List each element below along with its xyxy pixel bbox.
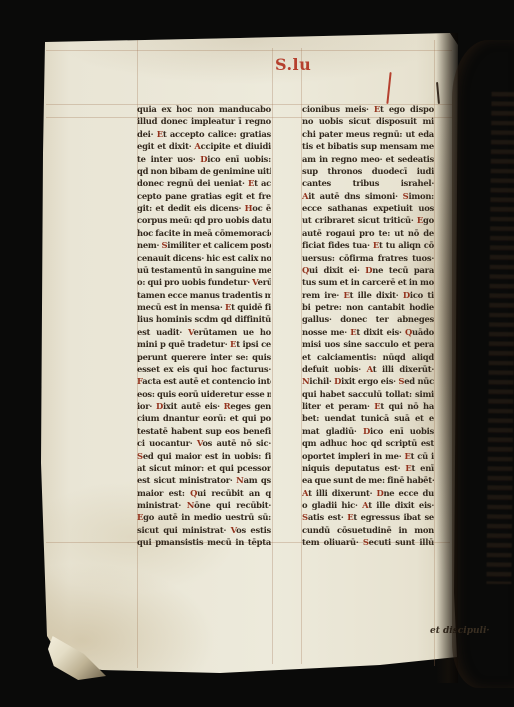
text-line: est sicut ministrator· Nam qs (137, 474, 271, 486)
text-line: et calciamentis: nūqd aliqd (302, 351, 434, 363)
text-line: sup thronos duodecī iudi (302, 165, 434, 177)
text-line: lius hominis scdm qd diffinitū (137, 313, 271, 325)
text-line: at sicut minor: et qui pcessor (137, 462, 271, 474)
text-line: ea que sunt de me: finē habēt· (302, 474, 434, 486)
text-line: am in regno meo· et sedeatis (302, 153, 434, 165)
text-line: nosse me· Et dixit eis· Quādo (302, 326, 434, 338)
ruling-line (434, 40, 435, 666)
text-line: cionibus meis· Et ego dispo (302, 103, 434, 115)
ruling-line (272, 48, 273, 664)
text-column-left: quia ex hoc non manducaboillud donec imp… (137, 103, 271, 549)
text-line: rem ire· Et ille dixit· Dico ti (302, 289, 434, 301)
text-line: hoc facite in meā cōmemoracio (137, 227, 271, 239)
text-line: git: et dedit eis dicens· Hoc ē (137, 202, 271, 214)
text-line: donec regnū dei ueniat· Et ac (137, 177, 271, 189)
next-page-text-block (486, 92, 514, 584)
text-line: tamen ecce manus tradentis me (137, 289, 271, 301)
text-line: eos: quis eorū uideretur esse ma (137, 388, 271, 400)
text-line: est uadit· Verūtamen ue ho (137, 326, 271, 338)
text-line: oportet impleri in me· Et cū i (302, 450, 434, 462)
text-line: Facta est autē et contencio inter (137, 375, 271, 387)
text-line: qui habet sacculū tollat: simi (302, 388, 434, 400)
text-line: Sed qui maior est in uobis: fi (137, 450, 271, 462)
text-line: niquis deputatus est· Et enī (302, 462, 434, 474)
running-title: S.lu (275, 55, 321, 74)
text-line: cenauit dicens· hic est calix no (137, 252, 271, 264)
text-line: quia ex hoc non manducabo (137, 103, 271, 115)
text-line: mini p quē tradetur· Et ipsi ce (137, 338, 271, 350)
text-line: ut cribraret sicut triticū· Ego (302, 214, 434, 226)
text-line: perunt querere inter se: quis (137, 351, 271, 363)
text-line: defuit uobis· At illi dixerūt· (302, 363, 434, 375)
text-line: o gladii hic· At ille dixit eis· (302, 499, 434, 511)
text-line: ministrat· Nōne qui recūbit· (137, 499, 271, 511)
text-line: qd non bibam de genimine uitis (137, 165, 271, 177)
text-line: Ait autē dns simoni· Simon: (302, 190, 434, 202)
text-line: ecce sathanas expetiuit uos (302, 202, 434, 214)
text-line: At illi dixerunt· Dne ecce du (302, 487, 434, 499)
text-line: maior est: Qui recūbit an q (137, 487, 271, 499)
text-line: qm adhuc hoc qd scriptū est (302, 437, 434, 449)
text-line: dei· Et accepto calice: gratias (137, 128, 271, 140)
text-line: corpus meū: qd pro uobis datur· (137, 214, 271, 226)
text-line: cantes tribus israhel· (302, 177, 434, 189)
text-line: sicut qui ministrat· Vos estis (137, 524, 271, 536)
text-line: ficiat fides tua· Et tu aliqn cō (302, 239, 434, 251)
text-line: autē rogaui pro te: ut nō de (302, 227, 434, 239)
text-line: liter et peram· Et qui nō ha (302, 400, 434, 412)
text-line: bet: uendat tunicā suā et e (302, 412, 434, 424)
manuscript-photo: S.lu quia ex hoc non manducaboillud done… (0, 0, 514, 707)
text-line: tis et bibatis sup mensam me (302, 140, 434, 152)
text-line: uū testamentū in sanguine me (137, 264, 271, 276)
text-line: tem oliuarū· Secuti sunt illū (302, 536, 434, 548)
text-line: o: qui pro uobis fundetur· Verū (137, 276, 271, 288)
text-line: bi petre: non cantabit hodie (302, 301, 434, 313)
text-line: Qui dixit ei· Dne tecū para (302, 264, 434, 276)
text-line: cium dnantur eorū: et qui po (137, 412, 271, 424)
text-line: nem· Similiter et calicem postq (137, 239, 271, 251)
text-line: gallus· donec ter abneges (302, 313, 434, 325)
text-line: ior· Dixit autē eis· Reges gen (137, 400, 271, 412)
text-line: egit et dixit· Accipite et diuidi (137, 140, 271, 152)
text-line: tus sum et in carcerē et in mo (302, 276, 434, 288)
text-line: te inter uos· Dico enī uobis: (137, 153, 271, 165)
text-line: illud donec impleatur ī regno (137, 115, 271, 127)
text-line: uersus: cōfirma fratres tuos· (302, 252, 434, 264)
text-line: Ego autē in medio uestrū sū: (137, 511, 271, 523)
text-line: Satis est· Et egressus ibat se (302, 511, 434, 523)
text-line: misi uos sine sacculo et pera (302, 338, 434, 350)
text-line: Nichil· Dixit ergo eis· Sed nūc (302, 375, 434, 387)
text-line: chi pater meus regnū: ut eda (302, 128, 434, 140)
ruling-line (46, 50, 452, 51)
text-line: testatē habent sup eos benefi (137, 425, 271, 437)
text-line: mecū est in mensa· Et quidē fi (137, 301, 271, 313)
text-line: qui pmansistis mecū in tēpta (137, 536, 271, 548)
text-line: esset ex eis qui hoc facturus· (137, 363, 271, 375)
text-line: cepto pane gratias egit et fre (137, 190, 271, 202)
text-column-right: cionibus meis· Et ego dispono uobis sicu… (302, 103, 434, 549)
text-line: no uobis sicut disposuit mi (302, 115, 434, 127)
text-line: mat gladiū· Dico enī uobis (302, 425, 434, 437)
text-line: ci uocantur· Vos autē nō sic· (137, 437, 271, 449)
text-line: cundū cōsuetudinē in mon (302, 524, 434, 536)
